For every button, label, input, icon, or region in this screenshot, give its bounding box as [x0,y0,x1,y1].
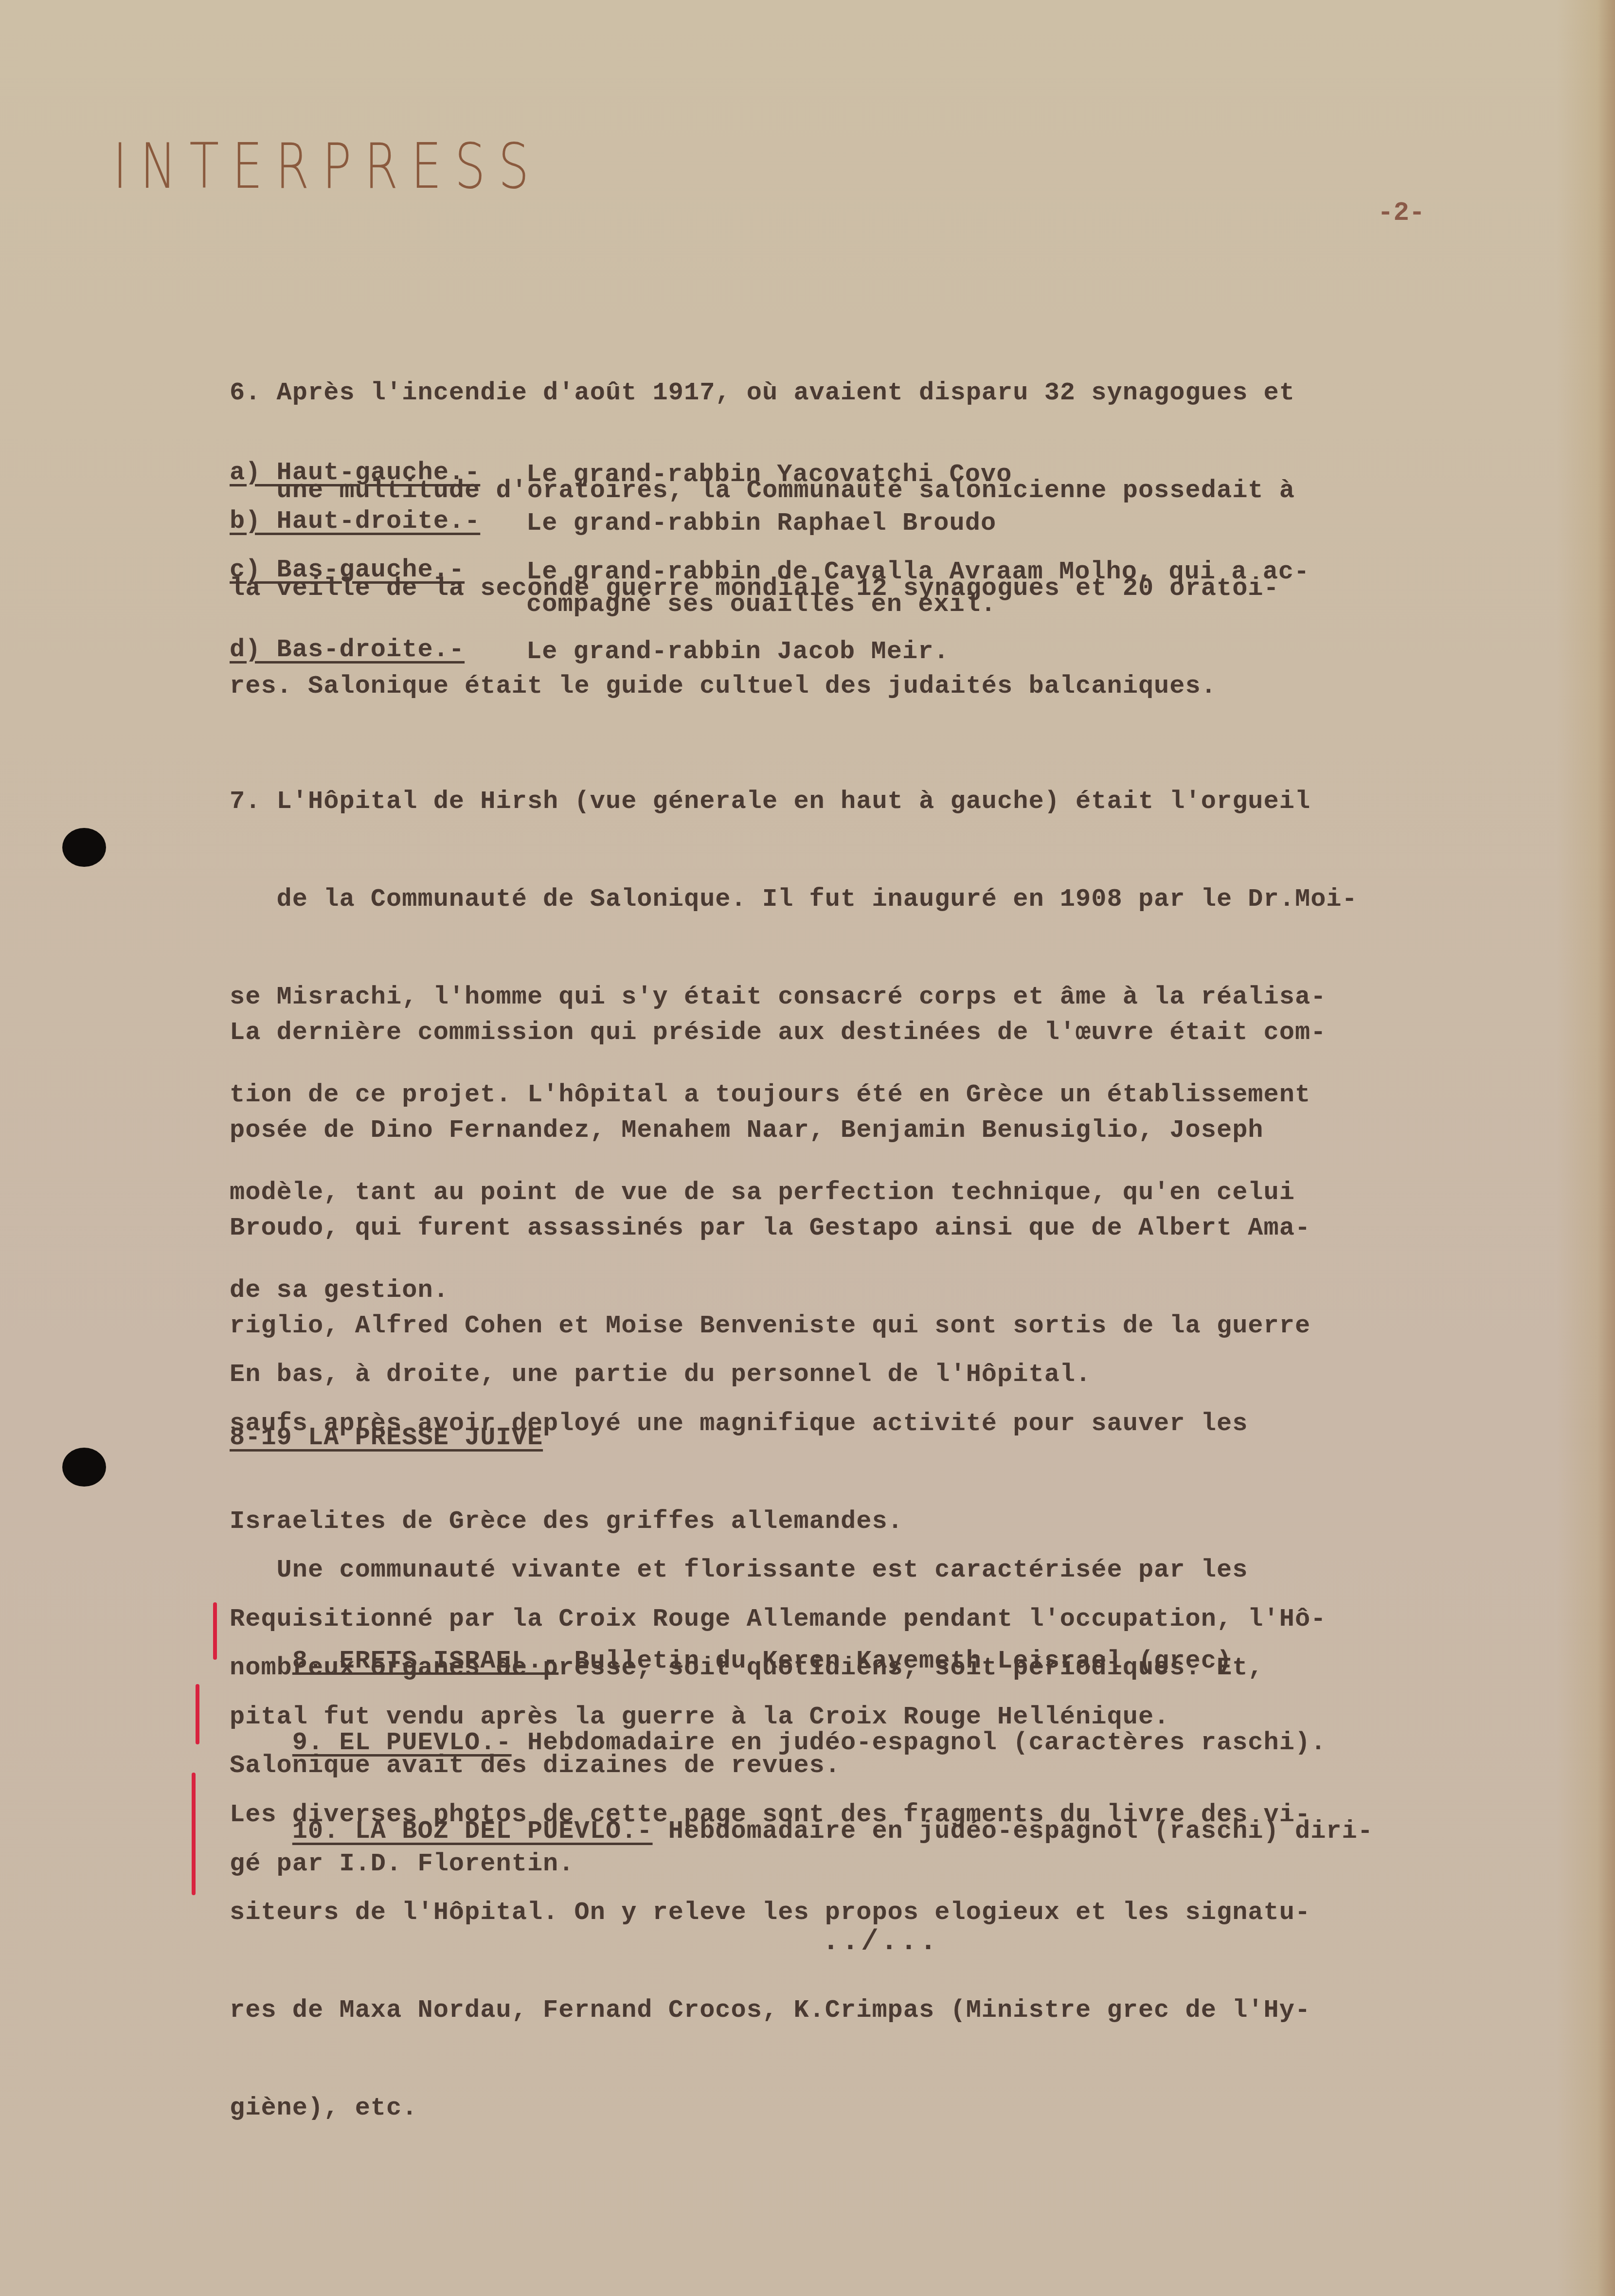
text-line: res. Salonique était le guide cultuel de… [230,670,1485,702]
caption-label: c) Bas-gauche.- [230,556,465,584]
press-item-label: 8. ERETS ISRAEL.- [292,1647,559,1675]
section-7-paragraph-3: En bas, à droite, une partie du personne… [230,1358,1485,1391]
text-line: 6. Après l'incendie d'août 1917, où avai… [230,377,1485,409]
page-number: -2- [1378,198,1425,228]
text-line: de la Communauté de Salonique. Il fut in… [230,883,1485,915]
text-line: La dernière commission qui préside aux d… [230,1016,1485,1049]
press-item-8: 8. ERETS ISRAEL.- Bulletin du Keren Kaye… [230,1618,1232,1704]
text-line: giène), etc. [230,2092,1485,2124]
caption-text: Le grand-rabbin de Cavalla Avraam Molho,… [526,556,1310,621]
section-heading: 8-19 LA PRESSE JUIVE [230,1423,543,1452]
red-margin-mark [192,1773,196,1895]
continuation-mark: ../... [822,1925,939,1958]
press-item-label: 10. LA BOZ DEL PUEVLO.- [292,1817,653,1846]
text-line: Une communauté vivante et florissante es… [230,1554,1485,1586]
paper-edge-stain [1557,0,1615,2296]
caption-text: Le grand-rabbin Raphael Broudo [526,507,996,539]
section-6-paragraph: 6. Après l'incendie d'août 1917, où avai… [230,311,1485,768]
text-line: Broudo, qui furent assassinés par la Ges… [230,1212,1485,1244]
press-item-10: 10. LA BOZ DEL PUEVLO.- Hebdomadaire en … [230,1782,1373,1913]
press-item-text: Bulletin du Keren Kayemeth Leisrael (gre… [558,1647,1232,1675]
caption-label: b) Haut-droite.- [230,507,480,536]
press-item-9: 9. EL PUEVLO.- Hebdomadaire en judéo-esp… [230,1700,1326,1786]
text-line: posée de Dino Fernandez, Menahem Naar, B… [230,1114,1485,1147]
interpress-logo: INTERPRESS [113,130,542,203]
text-line: 7. L'Hôpital de Hirsh (vue génerale en h… [230,785,1485,818]
text-line: riglio, Alfred Cohen et Moise Benveniste… [230,1309,1485,1342]
caption-label: d) Bas-droite.- [230,635,465,664]
text-line: res de Maxa Nordau, Fernand Crocos, K.Cr… [230,1994,1485,2027]
red-margin-mark [213,1602,217,1660]
press-item-text: Hebdomadaire en judéo-espagnol (caractèr… [512,1728,1327,1757]
press-item-label: 9. EL PUEVLO.- [292,1728,512,1757]
caption-text: Le grand-rabbin Yacovatchi Covo [526,458,1012,491]
caption-text: Le grand-rabbin Jacob Meir. [526,635,950,668]
caption-label: a) Haut-gauche.- [230,458,480,487]
punch-hole-bottom [62,1448,106,1487]
red-margin-mark [196,1684,199,1744]
punch-hole-top [62,828,106,867]
